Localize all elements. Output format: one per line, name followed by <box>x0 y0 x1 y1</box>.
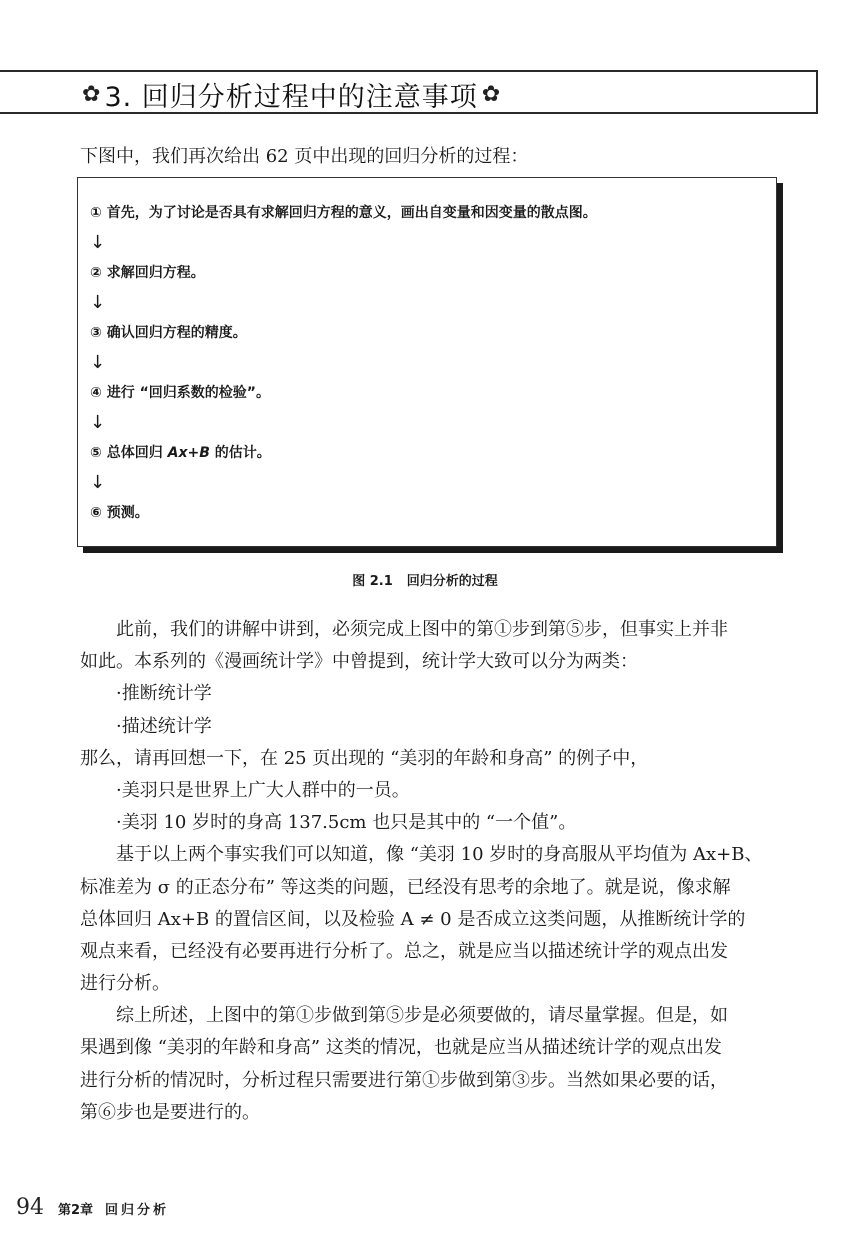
step-5-formula: Ax+B <box>168 445 210 461</box>
section-title: 3. 回归分析过程中的注意事项 <box>104 75 477 114</box>
page-footer: 94 第2章 回归分析 <box>16 1195 169 1220</box>
intro-paragraph: 下图中，我们再次给出 62 页中出现的回归分析的过程： <box>80 142 528 168</box>
body-line: 此前，我们的讲解中讲到，必须完成上图中的第①步到第⑤步，但事实上并非 <box>80 614 780 646</box>
bullet-item: ·美羽 10 岁时的身高 137.5cm 也只是其中的 “一个值”。 <box>80 807 780 839</box>
step-6: ⑥ 预测。 <box>90 498 597 528</box>
body-line: 如此。本系列的《漫画统计学》中曾提到，统计学大致可以分为两类： <box>80 646 780 678</box>
body-text: 此前，我们的讲解中讲到，必须完成上图中的第①步到第⑤步，但事实上并非 如此。本系… <box>80 614 780 1129</box>
step-2: ② 求解回归方程。 <box>90 258 597 288</box>
down-arrow-icon: ↓ <box>90 408 597 438</box>
down-arrow-icon: ↓ <box>90 468 597 498</box>
bullet-item: ·描述统计学 <box>80 711 780 743</box>
body-line: 果遇到像 “美羽的年龄和身高” 这类的情况，也就是应当从描述统计学的观点出发 <box>80 1032 780 1064</box>
flower-icon: ✿ <box>482 84 500 106</box>
flower-icon: ✿ <box>82 84 100 106</box>
step-5: ⑤ 总体回归 Ax+B 的估计。 <box>90 438 597 468</box>
figure-caption: 图 2.1回归分析的过程 <box>0 570 850 589</box>
step-4: ④ 进行 “回归系数的检验”。 <box>90 378 597 408</box>
down-arrow-icon: ↓ <box>90 228 597 258</box>
body-line: 第⑥步也是要进行的。 <box>80 1097 780 1129</box>
page-number: 94 <box>16 1195 44 1220</box>
body-line: 标准差为 σ 的正态分布” 等这类的问题，已经没有思考的余地了。就是说，像求解 <box>80 872 780 904</box>
body-line: 那么，请再回想一下，在 25 页出现的 “美羽的年龄和身高” 的例子中， <box>80 743 780 775</box>
body-line: 进行分析。 <box>80 968 780 1000</box>
down-arrow-icon: ↓ <box>90 348 597 378</box>
chapter-name: 回归分析 <box>105 1199 169 1218</box>
step-5-prefix: ⑤ 总体回归 <box>90 445 168 461</box>
body-line: 观点来看，已经没有必要再进行分析了。总之，就是应当以描述统计学的观点出发 <box>80 936 780 968</box>
down-arrow-icon: ↓ <box>90 288 597 318</box>
section-title-box: ✿ 3. 回归分析过程中的注意事项 ✿ <box>0 70 818 114</box>
step-5-suffix: 的估计。 <box>210 445 271 461</box>
body-line: 总体回归 Ax+B 的置信区间，以及检验 A ≠ 0 是否成立这类问题，从推断统… <box>80 904 780 936</box>
step-3: ③ 确认回归方程的精度。 <box>90 318 597 348</box>
caption-number: 图 2.1 <box>352 574 393 589</box>
body-line: 综上所述，上图中的第①步做到第⑤步是必须要做的，请尽量掌握。但是，如 <box>80 1000 780 1032</box>
bullet-item: ·美羽只是世界上广大人群中的一员。 <box>80 775 780 807</box>
chapter-label: 第2章 <box>58 1199 93 1218</box>
body-line: 基于以上两个事实我们可以知道，像 “美羽 10 岁时的身高服从平均值为 Ax+B… <box>80 839 780 871</box>
body-line: 进行分析的情况时，分析过程只需要进行第①步做到第③步。当然如果必要的话， <box>80 1065 780 1097</box>
caption-text: 回归分析的过程 <box>407 574 498 589</box>
step-1: ① 首先，为了讨论是否具有求解回归方程的意义，画出自变量和因变量的散点图。 <box>90 198 597 228</box>
bullet-item: ·推断统计学 <box>80 678 780 710</box>
process-figure: ① 首先，为了讨论是否具有求解回归方程的意义，画出自变量和因变量的散点图。 ↓ … <box>77 177 777 547</box>
